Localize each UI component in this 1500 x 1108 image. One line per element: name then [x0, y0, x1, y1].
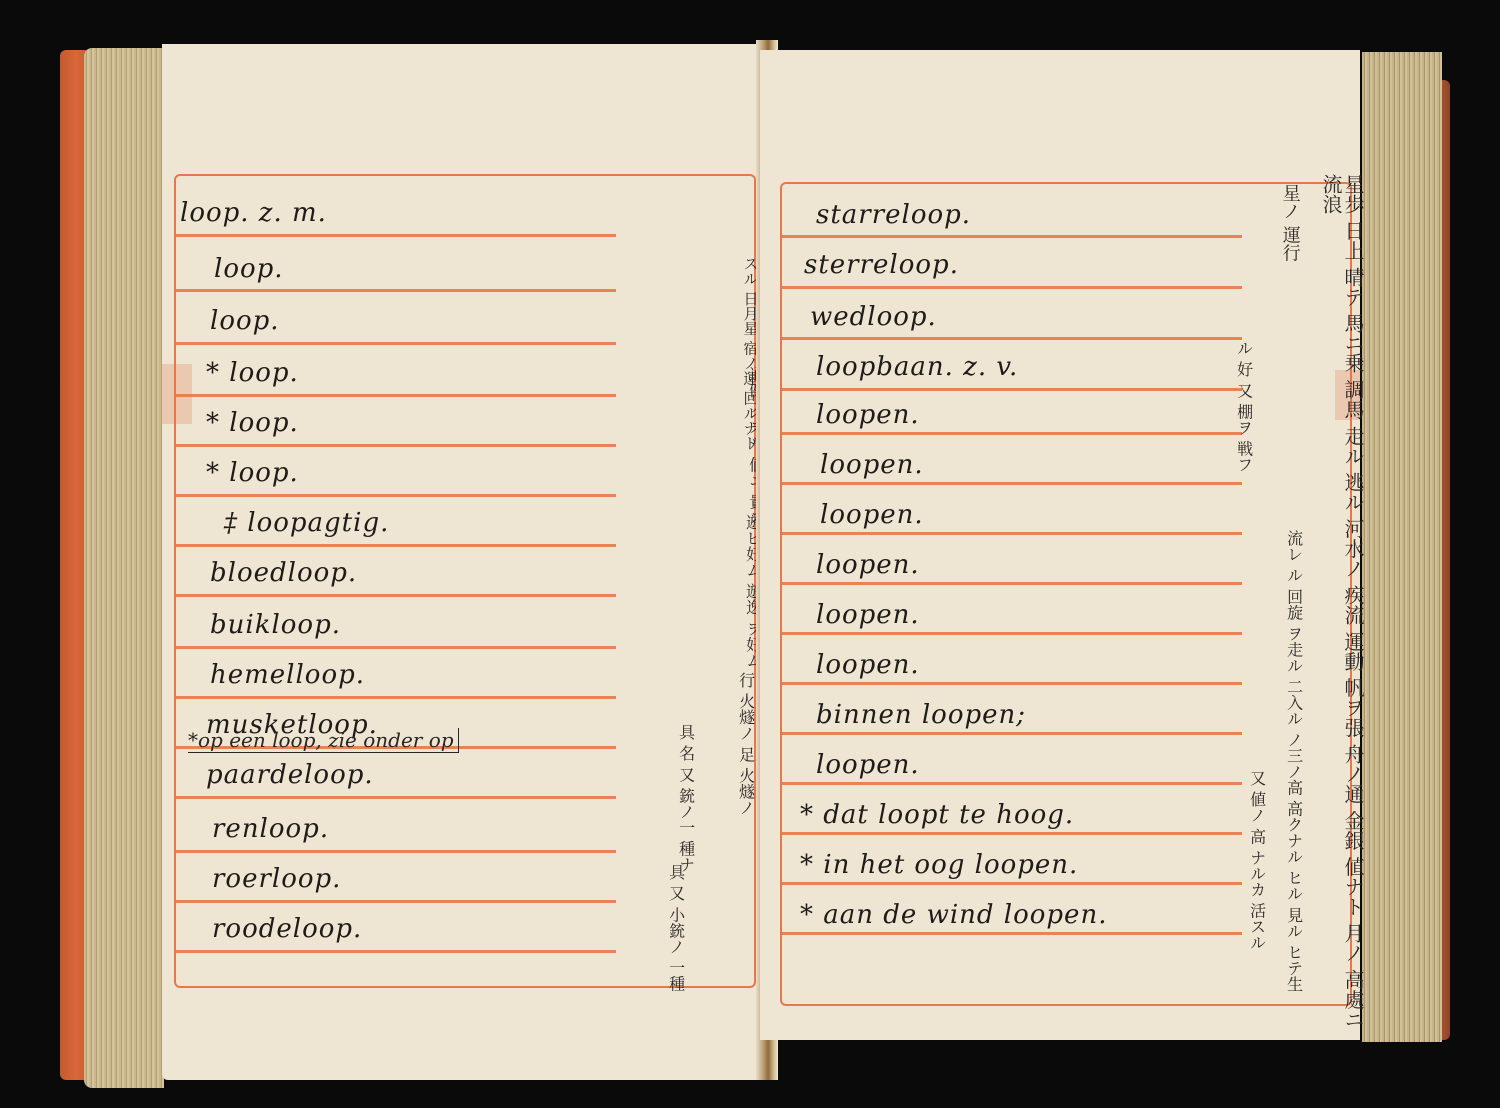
inserted-note: *op een loop, zie onder op [188, 728, 459, 753]
headword: loopen. [816, 550, 920, 580]
japanese-gloss: 星ノ 運行 [1280, 184, 1300, 262]
ruled-line [176, 594, 616, 597]
headword: * loop. [206, 408, 299, 438]
ruled-line [176, 646, 616, 649]
headword: loopen. [820, 450, 924, 480]
headword: * loop. [206, 358, 299, 388]
headword: loopen. [816, 750, 920, 780]
ruled-line [176, 342, 616, 345]
ruled-line [176, 394, 616, 397]
ruled-line [176, 289, 616, 292]
ruled-line [782, 532, 1242, 535]
headword: renloop. [212, 814, 329, 844]
left-page: loop. z. m. loop. loop. * loop. * loop. … [162, 44, 772, 1080]
ruled-line [782, 286, 1242, 289]
headword: * dat loopt te hoog. [800, 800, 1074, 830]
ruled-line [782, 235, 1242, 238]
ruled-line [782, 432, 1242, 435]
japanese-gloss: 星歩 日上 晴テ 馬ニ乗 調馬 走ル 逃ル 河水ノ 疾流 運動 帆ヲ張 舟ノ通 … [1320, 174, 1364, 1040]
ruled-line [782, 682, 1242, 685]
headword: bloedloop. [210, 558, 357, 588]
headword: ‡ loopagtig. [224, 508, 389, 538]
ruled-line [782, 732, 1242, 735]
ruled-line [176, 900, 616, 903]
japanese-gloss: 具 又 小銃ノ 一種 [667, 864, 685, 991]
ruled-line [782, 932, 1242, 935]
ruled-line [176, 234, 616, 237]
headword: sterreloop. [804, 250, 959, 280]
japanese-gloss: 行 火燧ノ 足 火燧ノ [737, 672, 755, 815]
ruled-line [176, 796, 616, 799]
page-edges-left [84, 48, 164, 1088]
headword: starreloop. [816, 200, 971, 230]
headword: loopen. [816, 650, 920, 680]
headword: loopen. [820, 500, 924, 530]
ruled-line [782, 632, 1242, 635]
headword: hemelloop. [210, 660, 365, 690]
ruled-line [176, 494, 616, 497]
headword: loop. [210, 306, 280, 336]
headword: wedloop. [810, 302, 937, 332]
japanese-gloss: 具 名 又 銃ノ一 種ナ [677, 724, 695, 872]
headword: roodeloop. [212, 914, 362, 944]
headword: loopbaan. z. v. [816, 352, 1018, 382]
headword: loopen. [816, 600, 920, 630]
headword: roerloop. [212, 864, 341, 894]
headword: buikloop. [210, 610, 341, 640]
ruled-line [176, 444, 616, 447]
headword: paardeloop. [206, 760, 374, 790]
ruled-line [782, 882, 1242, 885]
headword: loopen. [816, 400, 920, 430]
ruled-line [782, 782, 1242, 785]
headword: * in het oog loopen. [800, 850, 1078, 880]
japanese-gloss: ル 好 又 棚ヲ 戦フ [1235, 340, 1253, 472]
ruled-line [782, 482, 1242, 485]
japanese-gloss: 又 値ノ 高 ナルカ 活スル [1248, 770, 1266, 950]
ruled-line [176, 544, 616, 547]
right-page: starreloop. sterreloop. wedloop. loopbaa… [760, 50, 1360, 1040]
headword: * aan de wind loopen. [800, 900, 1107, 930]
headword: * loop. [206, 458, 299, 488]
ruled-line [782, 388, 1242, 391]
ruled-line [176, 950, 616, 953]
ruled-line [782, 582, 1242, 585]
headword: loop. z. m. [180, 198, 327, 228]
headword: binnen loopen; [816, 700, 1026, 730]
ruled-line [176, 850, 616, 853]
headword: loop. [214, 254, 284, 284]
page-edges-right [1362, 52, 1442, 1042]
ruled-line [176, 696, 616, 699]
open-book: loop. z. m. loop. loop. * loop. * loop. … [60, 40, 1450, 1080]
ruled-line [782, 832, 1242, 835]
ruled-line [782, 337, 1242, 340]
japanese-gloss: 流レ ル 回旋 ヲ走ル 二入ル ノ三ノ高 高クナル ヒル 見ル ヒテ生 [1285, 530, 1303, 992]
